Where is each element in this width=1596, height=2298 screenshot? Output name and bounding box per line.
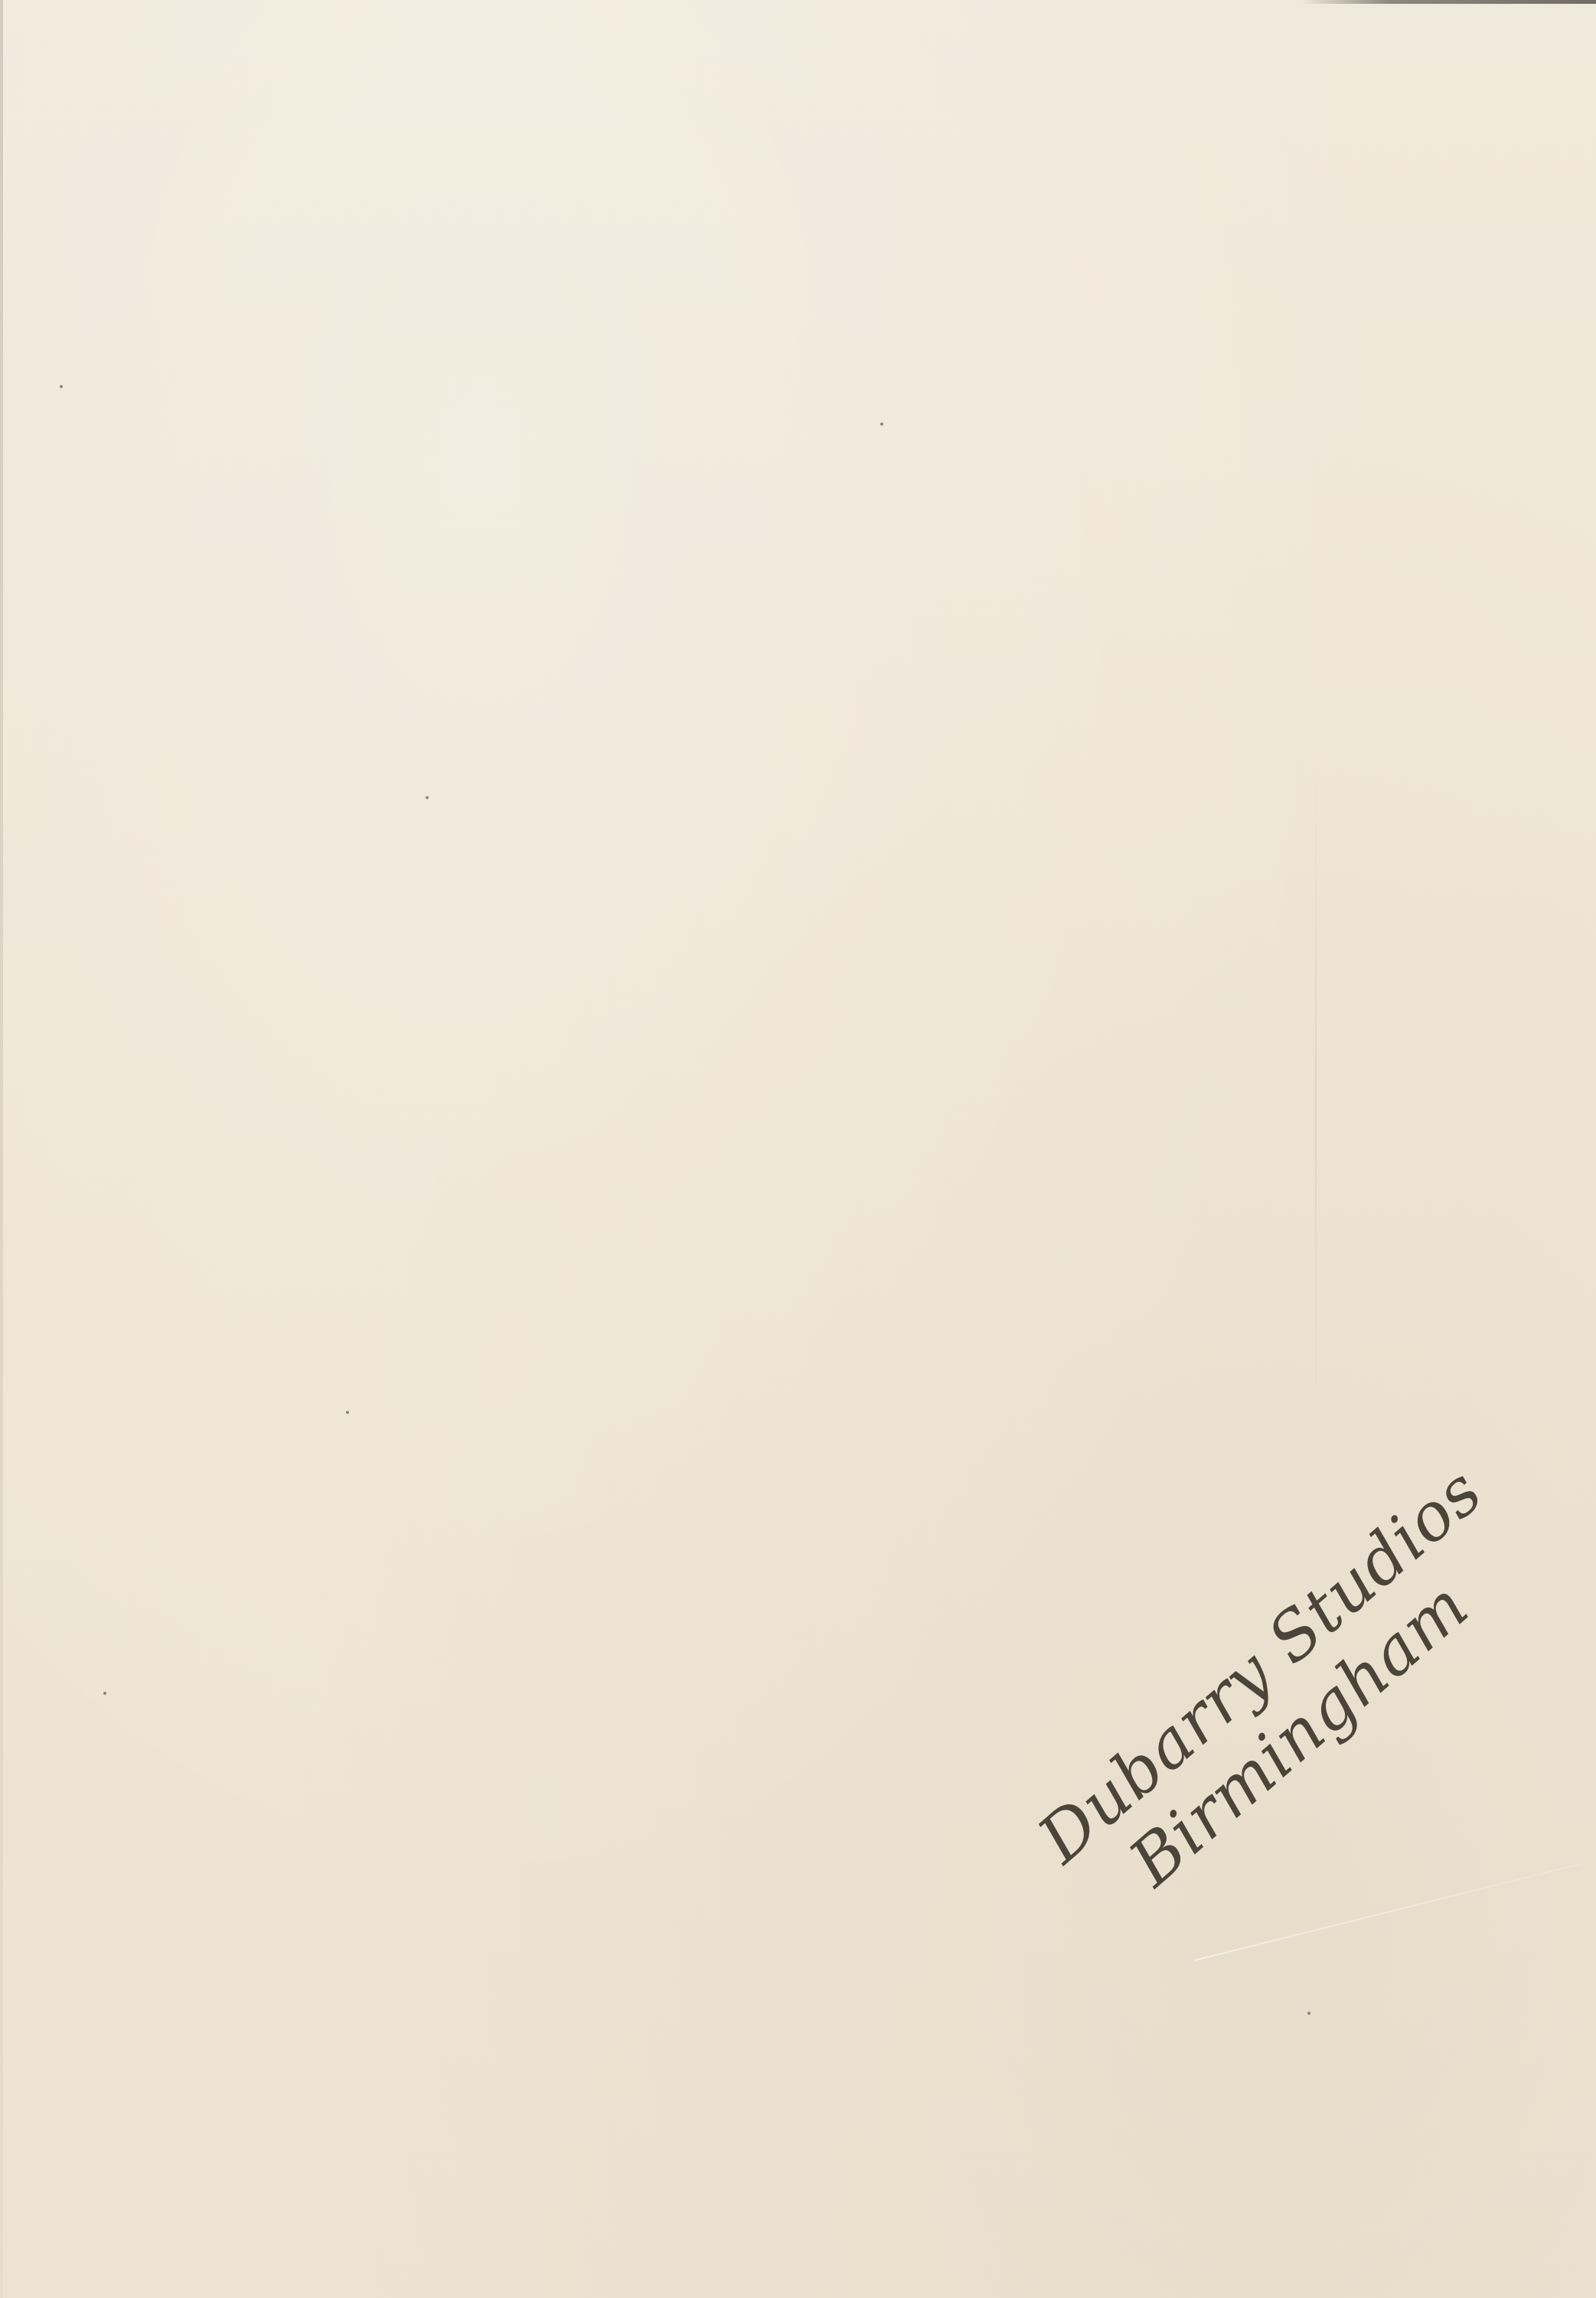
paper-speck — [346, 1411, 349, 1414]
paper-speck — [103, 1692, 106, 1695]
scan-left-edge — [0, 0, 3, 2298]
paper-speck — [1307, 2012, 1310, 2015]
paper-fold-line — [1315, 765, 1317, 1454]
paper-speck — [60, 385, 63, 388]
paper-speck — [426, 796, 429, 799]
studio-imprint: Dubarry Studios Birmingham — [1026, 1510, 1482, 1934]
card-back: Dubarry Studios Birmingham — [0, 0, 1596, 2298]
paper-speck — [880, 423, 883, 426]
scan-top-edge — [1301, 0, 1596, 4]
paper-crease — [1194, 1863, 1581, 1961]
